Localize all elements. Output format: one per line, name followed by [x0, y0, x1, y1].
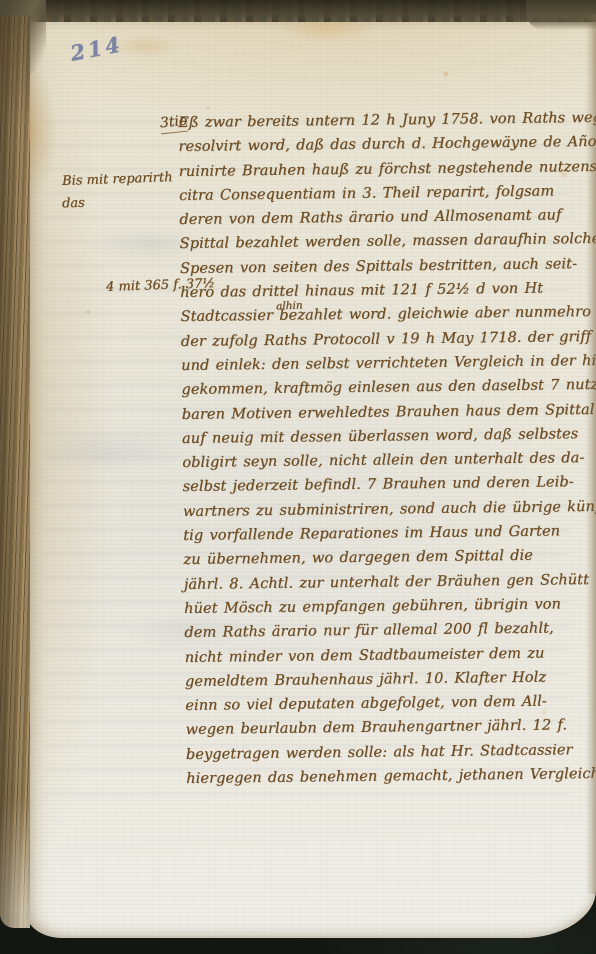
manuscript-body: Eß zwar bereits untern 12 h Juny 1758. v… — [178, 106, 596, 792]
book-binding-edge — [0, 16, 30, 928]
margin-note-repaired-line2: das — [62, 196, 85, 212]
page-right-fold-shadow — [586, 14, 596, 894]
manuscript-page: 214 3tio Bis mit reparirth das 4 mit 365… — [26, 12, 596, 938]
book-top-edge — [0, 0, 596, 22]
scanned-book-photo: 214 3tio Bis mit reparirth das 4 mit 365… — [0, 0, 596, 954]
manuscript-line: hiergegen das benehmen gemacht, jethanen… — [186, 762, 596, 792]
